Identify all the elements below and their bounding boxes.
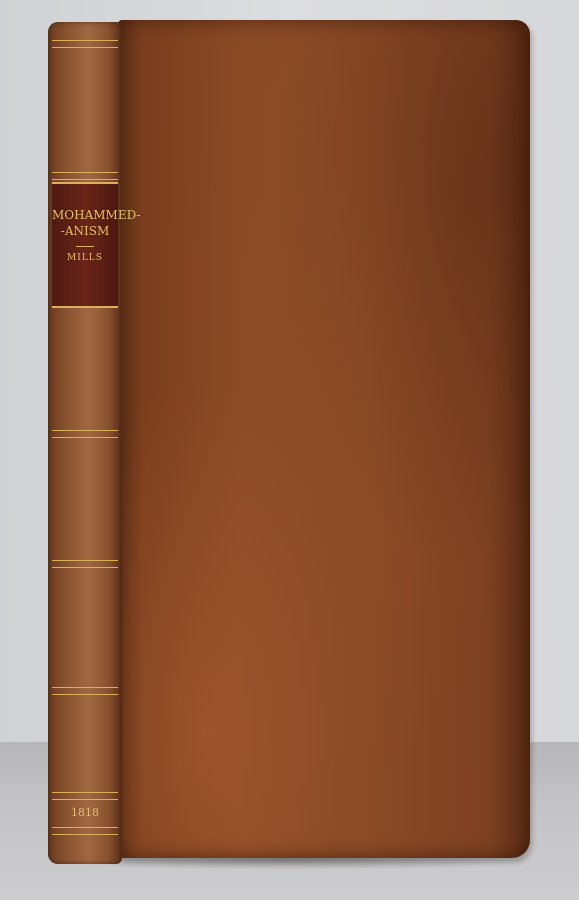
gilt-band <box>52 560 118 568</box>
label-rule <box>76 246 94 247</box>
book-front-cover <box>118 20 530 858</box>
book-spine: MOHAMMED- -ANISM MILLS 1818 <box>48 22 122 864</box>
spine-title-line2: -ANISM <box>52 224 118 238</box>
gilt-band <box>52 792 118 800</box>
spine-title-label: MOHAMMED- -ANISM MILLS <box>52 182 118 308</box>
gilt-band <box>52 687 118 695</box>
gilt-band <box>52 430 118 438</box>
gilt-band <box>52 827 118 835</box>
gilt-band <box>52 40 118 48</box>
spine-author: MILLS <box>52 253 118 263</box>
spine-title-line1: MOHAMMED- <box>52 208 118 222</box>
spine-year: 1818 <box>48 806 122 819</box>
gilt-band <box>52 172 118 180</box>
